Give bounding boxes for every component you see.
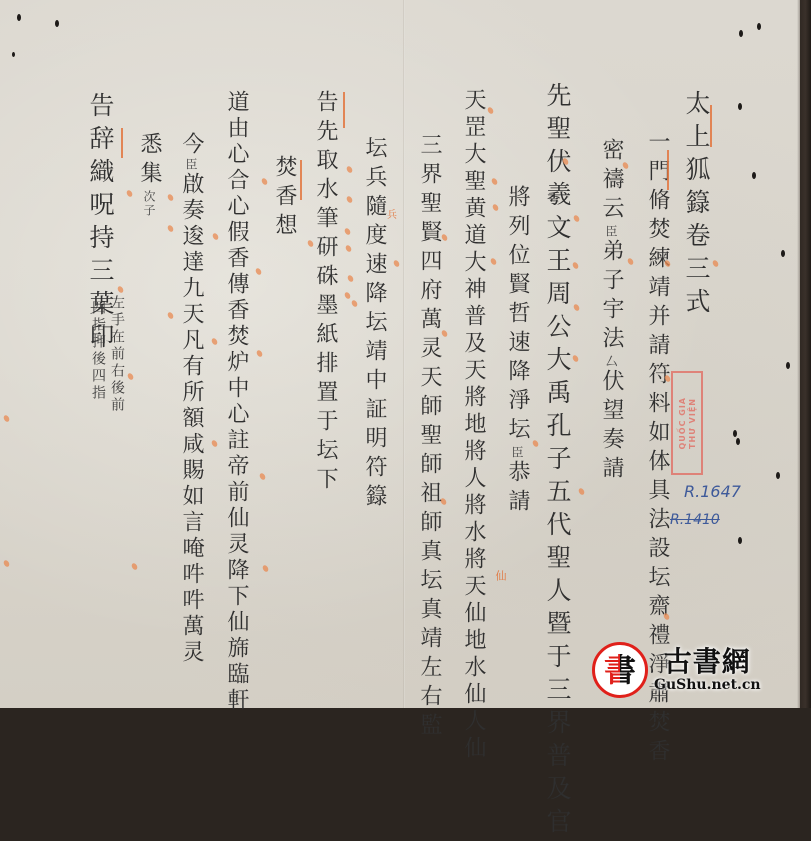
red-punctuation-dot — [259, 472, 267, 481]
small-note: 臣 — [510, 446, 524, 460]
text-column-4: 先聖伏羲文王周公大禹孔子五代聖人暨于三界普及官 — [545, 82, 570, 708]
watermark-url: GuShu.net.cn — [654, 677, 761, 693]
column-text: 一門脩焚練靖并請符料如体具法設坛齋禮淨肅焚香 — [645, 130, 670, 708]
small-note: 臣 — [184, 158, 198, 172]
red-punctuation-dot — [712, 259, 720, 268]
red-punctuation-dot — [212, 232, 220, 241]
red-punctuation-dot — [211, 439, 219, 448]
text-column-8: 坛兵隨度速降坛靖中証明符籙 — [363, 136, 385, 513]
column-text: 天罡大聖黄道大神普及天將地將人將水將天仙地水仙人仙 — [461, 88, 486, 708]
column-text: 啟奏逡達九天凡有所額咸賜如言唵吽吽萬灵 — [179, 172, 204, 666]
red-punctuation-dot — [346, 165, 354, 174]
red-punctuation-dot — [344, 291, 352, 300]
site-watermark: 書 古書網 GuShu.net.cn — [592, 642, 761, 698]
title-column: 太上狐籙卷三式 — [684, 90, 709, 321]
red-margin-annotation: 仙 — [492, 570, 508, 581]
red-punctuation-dot — [572, 354, 580, 363]
note-column-right: 左手在前右後前 — [110, 295, 124, 414]
manuscript-page: 太上狐籙卷三式 一門脩焚練靖并請符料如体具法設坛齋禮淨肅焚香 密禱云臣弟子宇法厶… — [0, 0, 800, 708]
column-text: 先聖伏羲文王周公大禹孔子五代聖人暨于三界普及官 — [543, 82, 572, 708]
red-punctuation-dot — [627, 257, 635, 266]
red-punctuation-dot — [487, 106, 495, 115]
red-punctuation-mark — [300, 160, 302, 200]
column-text: 悉集 — [137, 132, 162, 190]
column-text: 焚香想 — [272, 155, 297, 242]
binding-hole — [786, 362, 790, 369]
binding-hole — [752, 172, 756, 179]
column-text: 道由心合心假香傳香焚炉中心註帝前仙灵降下仙旆臨軒 — [224, 90, 249, 708]
red-punctuation-dot — [261, 177, 269, 186]
binding-hole — [55, 20, 59, 27]
column-text: 今 — [179, 132, 204, 158]
text-column-2: 一門脩焚練靖并請符料如体具法設坛齋禮淨肅焚香 — [646, 130, 668, 708]
column-text: 將列位賢哲速降淨坛 — [505, 185, 530, 446]
watermark-title: 古書網 — [664, 647, 751, 678]
red-punctuation-dot — [578, 487, 586, 496]
red-punctuation-dot — [573, 214, 581, 223]
red-punctuation-dot — [211, 337, 219, 346]
text-column-9: 告先取水筆研硃墨紙排置于坛下 — [314, 90, 336, 496]
text-column-6: 天罡大聖黄道大神普及天將地將人將水將天仙地水仙人仙 — [462, 88, 484, 708]
red-punctuation-dot — [347, 274, 355, 283]
red-punctuation-dot — [491, 177, 499, 186]
red-punctuation-dot — [344, 227, 352, 236]
binding-hole — [739, 30, 743, 37]
column-text: 坛兵隨度速降坛靖中証明符籙 — [362, 136, 387, 513]
red-punctuation-dot — [351, 299, 359, 308]
binding-hole — [781, 250, 785, 257]
red-punctuation-dot — [573, 303, 581, 312]
red-punctuation-dot — [492, 203, 500, 212]
red-punctuation-mark — [710, 105, 712, 147]
red-punctuation-mark — [667, 150, 669, 190]
red-punctuation-dot — [3, 559, 11, 568]
red-punctuation-mark — [121, 128, 123, 158]
red-punctuation-dot — [490, 257, 498, 266]
stamp-line-1: THƯ VIỆN — [688, 398, 697, 449]
manuscript-title: 太上狐籙卷三式 — [682, 90, 711, 321]
stamp-line-2: QUỐC GIA — [678, 397, 687, 450]
red-punctuation-dot — [126, 189, 134, 198]
red-punctuation-dot — [262, 564, 270, 573]
column-note: 四指押後四指 — [90, 300, 106, 402]
red-punctuation-dot — [572, 261, 580, 270]
red-punctuation-dot — [532, 439, 540, 448]
text-column-3: 密禱云臣弟子宇法厶伏望奏請 — [600, 138, 622, 485]
column-text: 恭請 — [505, 460, 530, 518]
watermark-text: 古書網 GuShu.net.cn — [654, 647, 761, 694]
library-stamp: QUỐC GIA THƯ VIỆN — [671, 371, 703, 475]
red-punctuation-dot — [255, 267, 263, 276]
column-text: 密禱云 — [599, 138, 624, 225]
binding-hole — [757, 23, 761, 30]
red-margin-annotation: 兵 — [387, 206, 397, 221]
red-punctuation-dot — [345, 244, 353, 253]
call-number: R.1647 — [684, 482, 741, 501]
red-punctuation-mark — [343, 92, 345, 128]
column-note: 左手在前右後前 — [109, 295, 125, 414]
gushu-logo-icon: 書 — [592, 642, 648, 698]
binding-hole — [738, 537, 742, 544]
red-punctuation-dot — [393, 259, 401, 268]
small-note: 次子 — [142, 190, 156, 218]
text-column-10: 焚香想 — [273, 155, 295, 242]
page-edge-shadow — [797, 0, 811, 708]
column-text: 三界聖賢四府萬灵天師聖師祖師真坛真靖左右監 — [417, 133, 442, 708]
binding-hole — [738, 103, 742, 110]
text-column-13: 悉集次子 — [138, 132, 160, 218]
red-punctuation-dot — [167, 193, 175, 202]
red-punctuation-dot — [3, 414, 11, 423]
small-note: 厶 — [604, 355, 618, 369]
column-text: 告先取水筆研硃墨紙排置于坛下 — [313, 90, 338, 496]
small-note: 臣 — [604, 225, 618, 239]
column-text: 伏望奏請 — [599, 369, 624, 485]
red-punctuation-dot — [346, 195, 354, 204]
text-column-11: 道由心合心假香傳香焚炉中心註帝前仙灵降下仙旆臨軒 — [225, 90, 247, 708]
binding-hole — [733, 430, 737, 437]
red-punctuation-dot — [127, 372, 135, 381]
red-punctuation-dot — [117, 285, 125, 294]
binding-hole — [12, 52, 15, 57]
text-column-7: 三界聖賢四府萬灵天師聖師祖師真坛真靖左右監 — [418, 133, 440, 708]
binding-hole — [776, 472, 780, 479]
red-punctuation-dot — [167, 224, 175, 233]
page-fold-line — [403, 0, 405, 708]
binding-hole — [17, 14, 21, 21]
red-punctuation-dot — [167, 311, 175, 320]
logo-char: 書 — [604, 654, 636, 686]
text-column-5: 將列位賢哲速降淨坛臣恭請 — [506, 185, 528, 518]
red-punctuation-dot — [131, 562, 139, 571]
text-column-12: 今臣啟奏逡達九天凡有所額咸賜如言唵吽吽萬灵 — [180, 132, 202, 666]
column-text: 弟子宇法 — [599, 239, 624, 355]
call-number-struck: R.1410 — [670, 512, 720, 528]
note-column-left: 四指押後四指 — [91, 300, 105, 402]
binding-hole — [736, 438, 740, 445]
red-punctuation-dot — [256, 349, 264, 358]
